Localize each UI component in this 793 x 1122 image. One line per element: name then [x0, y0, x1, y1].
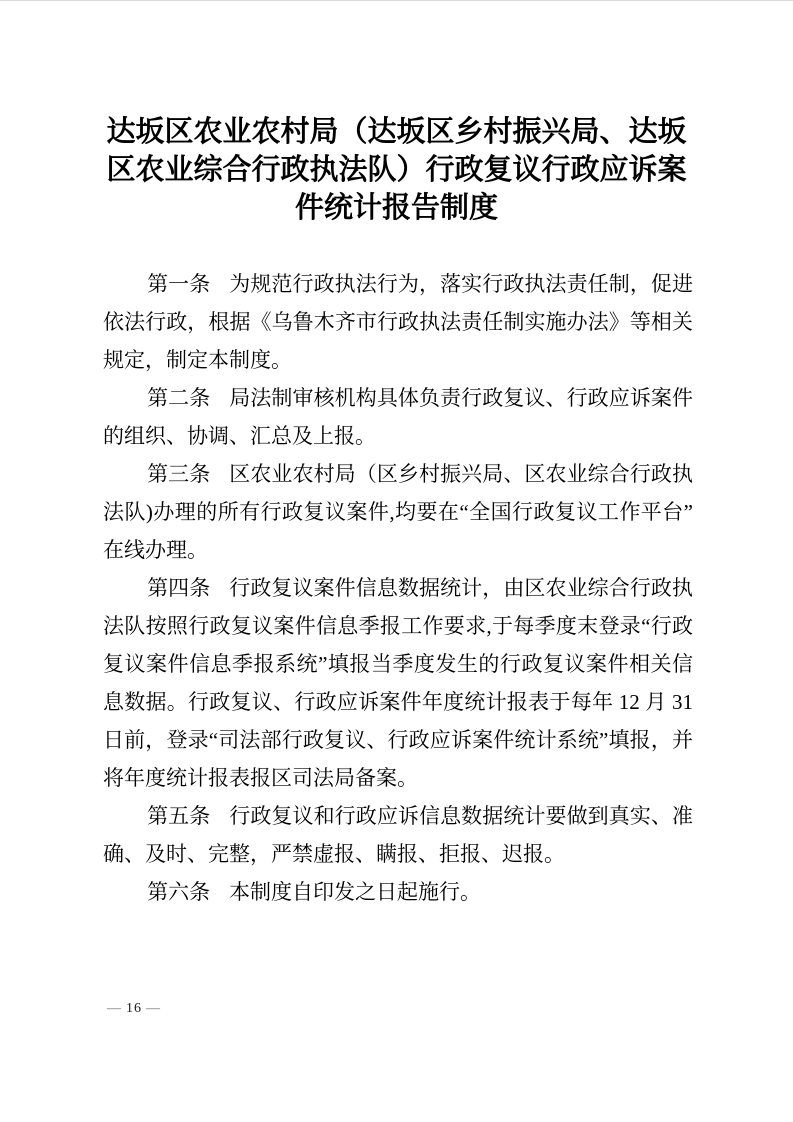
- article-4-label: 第四条: [147, 576, 210, 600]
- article-3-label: 第三条: [147, 462, 210, 486]
- article-2-label: 第二条: [147, 386, 210, 410]
- article-3: 第三条区农业农村局（区乡村振兴局、区农业综合行政执法队)办理的所有行政复议案件,…: [103, 455, 693, 569]
- title-line-2: 区农业综合行政执法队）行政复议行政应诉案: [0, 151, 793, 189]
- article-2: 第二条局法制审核机构具体负责行政复议、行政应诉案件的组织、协调、汇总及上报。: [103, 379, 693, 455]
- article-5: 第五条行政复议和行政应诉信息数据统计要做到真实、准确、及时、完整，严禁虚报、瞒报…: [103, 797, 693, 873]
- document-body: 第一条为规范行政执法行为，落实行政执法责任制，促进依法行政，根据《乌鲁木齐市行政…: [103, 265, 693, 911]
- document-title: 达坂区农业农村局（达坂区乡村振兴局、达坂 区农业综合行政执法队）行政复议行政应诉…: [0, 113, 793, 227]
- article-1: 第一条为规范行政执法行为，落实行政执法责任制，促进依法行政，根据《乌鲁木齐市行政…: [103, 265, 693, 379]
- document-page: 达坂区农业农村局（达坂区乡村振兴局、达坂 区农业综合行政执法队）行政复议行政应诉…: [0, 0, 793, 1122]
- article-5-label: 第五条: [147, 804, 210, 828]
- page-number-dash-left: —: [107, 1001, 122, 1016]
- article-4: 第四条行政复议案件信息数据统计，由区农业综合行政执法队按照行政复议案件信息季报工…: [103, 569, 693, 797]
- title-line-3: 件统计报告制度: [0, 189, 793, 227]
- article-6-label: 第六条: [147, 880, 210, 904]
- article-6-text: 本制度自印发之日起施行。: [229, 880, 481, 904]
- article-6: 第六条本制度自印发之日起施行。: [103, 873, 693, 911]
- article-1-label: 第一条: [147, 272, 210, 296]
- page-number-value: 16: [126, 1001, 142, 1016]
- page-number: —16—: [103, 999, 165, 1019]
- title-line-1: 达坂区农业农村局（达坂区乡村振兴局、达坂: [0, 113, 793, 151]
- article-4-text: 行政复议案件信息数据统计，由区农业综合行政执法队按照行政复议案件信息季报工作要求…: [103, 576, 693, 790]
- page-number-dash-right: —: [146, 1001, 161, 1016]
